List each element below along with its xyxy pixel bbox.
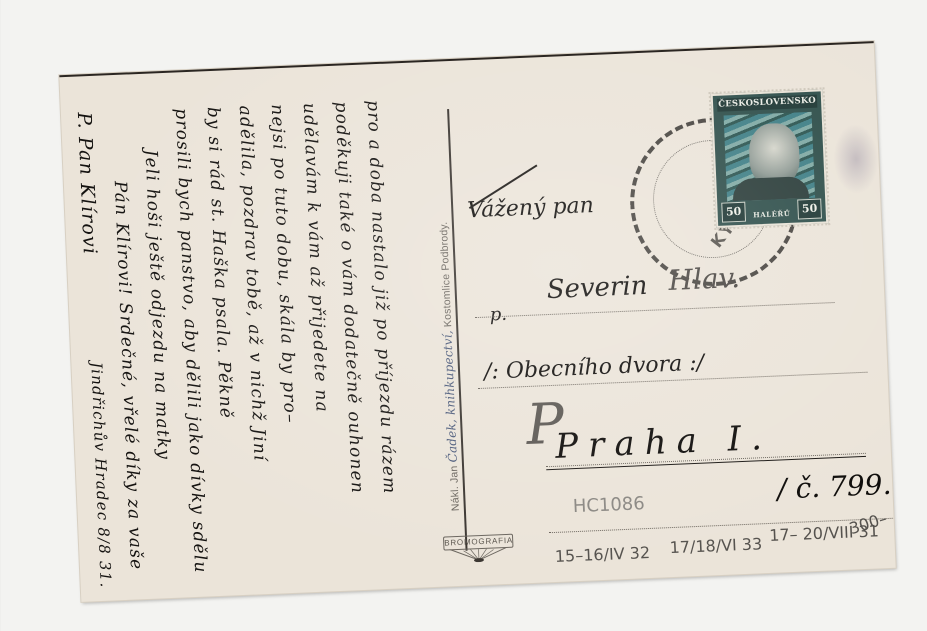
stamp-value-right: 50 (797, 199, 822, 220)
letter-line: by si rád st. Haška psala. Pěkně (203, 106, 236, 419)
sunburst-icon (444, 547, 515, 564)
letter-line: poděkuji také o vám dodatečně ouhonen (331, 101, 367, 494)
letter-line: Jeli hoši ještě odjezdu na matky (141, 149, 174, 460)
bromografia-printer-mark: BROMOGRAFIA (443, 534, 514, 565)
publisher-prefix: Nákl. Jan (448, 462, 462, 511)
letter-line: prosili bych panstvo, aby dělili jako dí… (171, 108, 210, 574)
handwritten-message: P. Pan Klírovi Pán Klírovi! Srdečné, vře… (59, 99, 432, 574)
ink-smudge (832, 123, 880, 195)
letter-line: nejsi po tuto dobu, skála by pro– (267, 104, 300, 424)
letter-line: pro a doba nastalo již po příjezdu rázem (363, 100, 400, 495)
letter-dateline: Jindřichův Hradec 8/8 31. (87, 362, 114, 589)
stamp-currency: HALÉŘŮ (748, 209, 796, 220)
pencil-date-2: 17/18/VI 33 (669, 534, 762, 557)
stamp-country: ČESKOSLOVENSKO (717, 95, 817, 112)
letter-heading: P. Pan Klírovi (73, 112, 101, 256)
portrait-coat (732, 176, 809, 201)
pencil-date-1: 15–16/IV 32 (555, 543, 651, 566)
letter-line: udělavám k vám až přijedete na (299, 102, 332, 413)
postcard: P. Pan Klírovi Pán Klírovi! Srdečné, vře… (59, 41, 895, 602)
letter-line: adělila, pozdrav tobě, až v nichž Jiní (235, 105, 270, 462)
address-number: / č. 799. (777, 468, 892, 506)
address-dotted-line-1 (475, 302, 835, 318)
letter-line: Pán Klírovi! Srdečné, vřelé díky za vaše (110, 180, 146, 570)
address-name: Severin (546, 271, 648, 305)
stamp-portrait (724, 112, 816, 202)
catalog-number: HC1086 (572, 493, 645, 517)
address-prefix: p. (489, 304, 507, 326)
address-city: Praha I. (554, 418, 772, 467)
stamp-value-left: 50 (721, 202, 746, 223)
postage-stamp: ČESKOSLOVENSKO 50 HALÉŘŮ 50 (711, 89, 829, 228)
address-surname-pencil: Hlav. (668, 261, 741, 297)
